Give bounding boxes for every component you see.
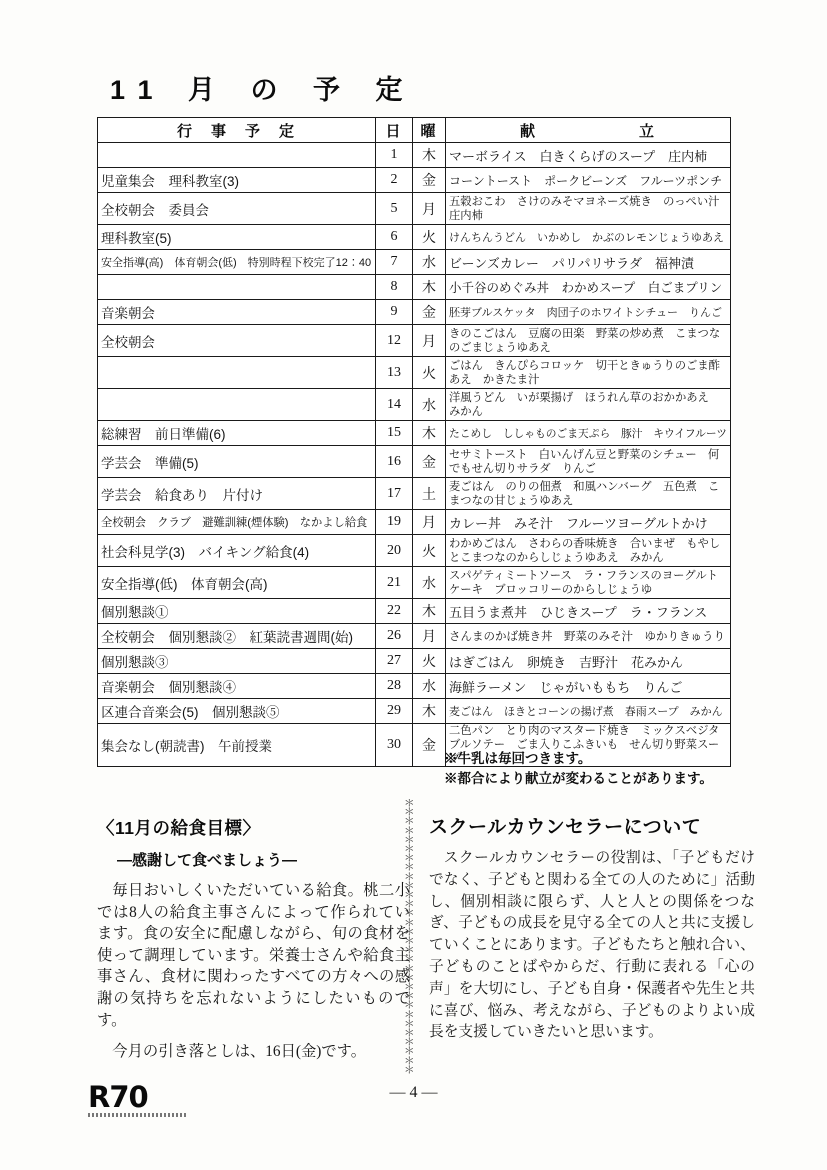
weekday-cell: 木 [413, 599, 446, 624]
event-cell: 児童集会 理科教室(3) [98, 168, 376, 193]
event-cell: 音楽朝会 [98, 300, 376, 325]
menu-cell: 洋風うどん いが栗揚げ ほうれん草のおかかあえ みかん [446, 389, 731, 421]
weekday-cell: 水 [413, 389, 446, 421]
lunch-goal-payment: 今月の引き落としは、16日(金)です。 [97, 1041, 410, 1063]
newsletter-page: 11 月 の 予 定 行 事 予 定 日 曜 献 立 1木マーボライス 白きくら… [0, 0, 827, 1170]
weekday-cell: 水 [413, 250, 446, 275]
weekday-cell: 月 [413, 624, 446, 649]
event-cell: 理科教室(5) [98, 225, 376, 250]
asterisk-divider: ＊＊＊＊＊＊＊＊＊＊＊＊＊＊＊＊＊＊＊＊＊＊＊＊＊＊＊＊＊＊ [404, 799, 418, 1075]
table-row: 音楽朝会 個別懇談④28水海鮮ラーメン じゃがいももち りんご [98, 674, 731, 699]
table-row: 個別懇談③27火はぎごはん 卵焼き 吉野汁 花みかん [98, 649, 731, 674]
menu-cell: スパゲティミートソース ラ・フランスのヨーグルトケーキ ブロッコリーのからしじょ… [446, 567, 731, 599]
menu-cell: 海鮮ラーメン じゃがいももち りんご [446, 674, 731, 699]
day-cell: 20 [376, 535, 413, 567]
counselor-body: スクールカウンセラーの役割は、「子どもだけでなく、子どもと関わる全ての人のために… [429, 848, 755, 1044]
event-cell: 個別懇談③ [98, 649, 376, 674]
event-cell: 集会なし(朝読書) 午前授業 [98, 724, 376, 767]
weekday-cell: 火 [413, 535, 446, 567]
day-cell: 22 [376, 599, 413, 624]
menu-cell: はぎごはん 卵焼き 吉野汁 花みかん [446, 649, 731, 674]
menu-cell: けんちんうどん いかめし かぶのレモンじょうゆあえ [446, 225, 731, 250]
weekday-cell: 月 [413, 193, 446, 225]
event-cell [98, 357, 376, 389]
day-cell: 13 [376, 357, 413, 389]
menu-cell: マーボライス 白きくらげのスープ 庄内柿 [446, 143, 731, 168]
weekday-cell: 金 [413, 446, 446, 478]
day-cell: 9 [376, 300, 413, 325]
weekday-cell: 月 [413, 510, 446, 535]
menu-cell: 小千谷のめぐみ丼 わかめスープ 白ごまプリン [446, 275, 731, 300]
table-row: 総練習 前日準備(6)15木たこめし ししゃものごま天ぷら 豚汁 キウイフルーツ [98, 421, 731, 446]
day-cell: 26 [376, 624, 413, 649]
event-cell: 全校朝会 クラブ 避難訓練(煙体験) なかよし給食 [98, 510, 376, 535]
event-cell: 全校朝会 個別懇談② 紅葉読書週間(始) [98, 624, 376, 649]
weekday-cell: 火 [413, 649, 446, 674]
day-cell: 19 [376, 510, 413, 535]
menu-cell: セサミトースト 白いんげん豆と野菜のシチュー 何でもせん切りサラダ りんご [446, 446, 731, 478]
menu-cell: コーントースト ポークビーンズ フルーツポンチ [446, 168, 731, 193]
day-cell: 8 [376, 275, 413, 300]
table-row: 全校朝会 個別懇談② 紅葉読書週間(始)26月さんまのかば焼き丼 野菜のみそ汁 … [98, 624, 731, 649]
weekday-cell: 火 [413, 357, 446, 389]
table-row: 社会科見学(3) バイキング給食(4)20火わかめごはん さわらの香味焼き 合い… [98, 535, 731, 567]
menu-cell: 五穀おこわ さけのみそマヨネーズ焼き のっぺい汁 庄内柿 [446, 193, 731, 225]
menu-cell: 五目うま煮丼 ひじきスープ ラ・フランス [446, 599, 731, 624]
menu-cell: たこめし ししゃものごま天ぷら 豚汁 キウイフルーツ [446, 421, 731, 446]
event-cell: 音楽朝会 個別懇談④ [98, 674, 376, 699]
event-cell: 学芸会 給食あり 片付け [98, 478, 376, 510]
table-row: 全校朝会 クラブ 避難訓練(煙体験) なかよし給食19月カレー丼 みそ汁 フルー… [98, 510, 731, 535]
menu-cell: 胚芽ブルスケッタ 肉団子のホワイトシチュー りんご [446, 300, 731, 325]
table-row: 音楽朝会9金胚芽ブルスケッタ 肉団子のホワイトシチュー りんご [98, 300, 731, 325]
event-cell [98, 389, 376, 421]
day-cell: 12 [376, 325, 413, 357]
page-title: 11 月 の 予 定 [110, 68, 417, 107]
table-row: 全校朝会12月きのこごはん 豆腐の田楽 野菜の炒め煮 こまつなのごまじょうゆあえ [98, 325, 731, 357]
weekday-cell: 金 [413, 724, 446, 767]
event-cell: 社会科見学(3) バイキング給食(4) [98, 535, 376, 567]
lunch-goal-section: 〈11月の給食目標〉 ―感謝して食べましょう― 毎日おいしくいただいている給食。… [97, 815, 410, 1063]
schedule-table: 行 事 予 定 日 曜 献 立 1木マーボライス 白きくらげのスープ 庄内柿児童… [97, 117, 731, 767]
table-row: 全校朝会 委員会5月五穀おこわ さけのみそマヨネーズ焼き のっぺい汁 庄内柿 [98, 193, 731, 225]
weekday-cell: 水 [413, 567, 446, 599]
day-cell: 5 [376, 193, 413, 225]
table-row: 13火ごはん きんぴらコロッケ 切干ときゅうりのごま酢あえ かきたま汁 [98, 357, 731, 389]
header-day: 日 [376, 118, 413, 143]
header-menu: 献 立 [446, 118, 731, 143]
counselor-section: スクールカウンセラーについて スクールカウンセラーの役割は、「子どもだけでなく、… [429, 812, 755, 1044]
lunch-goal-subheading: ―感謝して食べましょう― [117, 849, 410, 870]
event-cell: 個別懇談① [98, 599, 376, 624]
day-cell: 17 [376, 478, 413, 510]
lunch-goal-body: 毎日おいしくいただいている給食。桃二小では8人の給食主事さんによって作られていま… [97, 880, 410, 1031]
table-row: 理科教室(5)6火けんちんうどん いかめし かぶのレモンじょうゆあえ [98, 225, 731, 250]
day-cell: 14 [376, 389, 413, 421]
menu-cell: 麦ごはん ほきとコーンの揚げ煮 春雨スープ みかん [446, 699, 731, 724]
day-cell: 30 [376, 724, 413, 767]
weekday-cell: 木 [413, 275, 446, 300]
table-row: 個別懇談①22木五目うま煮丼 ひじきスープ ラ・フランス [98, 599, 731, 624]
day-cell: 27 [376, 649, 413, 674]
weekday-cell: 木 [413, 699, 446, 724]
table-header-row: 行 事 予 定 日 曜 献 立 [98, 118, 731, 143]
lunch-goal-heading: 〈11月の給食目標〉 [97, 815, 410, 840]
weekday-cell: 金 [413, 168, 446, 193]
table-row: 1木マーボライス 白きくらげのスープ 庄内柿 [98, 143, 731, 168]
counselor-heading: スクールカウンセラーについて [429, 812, 755, 839]
event-cell [98, 275, 376, 300]
day-cell: 7 [376, 250, 413, 275]
day-cell: 1 [376, 143, 413, 168]
event-cell: 学芸会 準備(5) [98, 446, 376, 478]
day-cell: 29 [376, 699, 413, 724]
header-weekday: 曜 [413, 118, 446, 143]
day-cell: 16 [376, 446, 413, 478]
event-cell [98, 143, 376, 168]
weekday-cell: 水 [413, 674, 446, 699]
table-row: 学芸会 準備(5)16金セサミトースト 白いんげん豆と野菜のシチュー 何でもせん… [98, 446, 731, 478]
menu-cell: きのこごはん 豆腐の田楽 野菜の炒め煮 こまつなのごまじょうゆあえ [446, 325, 731, 357]
weekday-cell: 木 [413, 421, 446, 446]
note-change: ※都合により献立が変わることがあります。 [444, 769, 713, 789]
day-cell: 2 [376, 168, 413, 193]
weekday-cell: 火 [413, 225, 446, 250]
menu-notes: ※牛乳は毎回つきます。 ※都合により献立が変わることがあります。 [444, 749, 713, 789]
weekday-cell: 土 [413, 478, 446, 510]
page-number: ― 4 ― [0, 1084, 827, 1102]
weekday-cell: 木 [413, 143, 446, 168]
table-row: 14水洋風うどん いが栗揚げ ほうれん草のおかかあえ みかん [98, 389, 731, 421]
event-cell: 安全指導(高) 体育朝会(低) 特別時程下校完了12：40 [98, 250, 376, 275]
menu-cell: カレー丼 みそ汁 フルーツヨーグルトかけ [446, 510, 731, 535]
event-cell: 区連合音楽会(5) 個別懇談⑤ [98, 699, 376, 724]
menu-cell: 麦ごはん のりの佃煮 和風ハンバーグ 五色煮 こまつなの甘じょうゆあえ [446, 478, 731, 510]
event-cell: 全校朝会 委員会 [98, 193, 376, 225]
menu-cell: わかめごはん さわらの香味焼き 合いまぜ もやしとこまつなのからしじょうゆあえ … [446, 535, 731, 567]
table-row: 8木小千谷のめぐみ丼 わかめスープ 白ごまプリン [98, 275, 731, 300]
table-row: 区連合音楽会(5) 個別懇談⑤29木麦ごはん ほきとコーンの揚げ煮 春雨スープ … [98, 699, 731, 724]
menu-cell: ごはん きんぴらコロッケ 切干ときゅうりのごま酢あえ かきたま汁 [446, 357, 731, 389]
table-row: 児童集会 理科教室(3)2金コーントースト ポークビーンズ フルーツポンチ [98, 168, 731, 193]
menu-cell: さんまのかば焼き丼 野菜のみそ汁 ゆかりきゅうり [446, 624, 731, 649]
table-row: 安全指導(低) 体育朝会(高)21水スパゲティミートソース ラ・フランスのヨーグ… [98, 567, 731, 599]
day-cell: 6 [376, 225, 413, 250]
note-milk: ※牛乳は毎回つきます。 [444, 749, 713, 769]
event-cell: 安全指導(低) 体育朝会(高) [98, 567, 376, 599]
weekday-cell: 月 [413, 325, 446, 357]
day-cell: 21 [376, 567, 413, 599]
day-cell: 15 [376, 421, 413, 446]
day-cell: 28 [376, 674, 413, 699]
header-event: 行 事 予 定 [98, 118, 376, 143]
menu-cell: ビーンズカレー パリパリサラダ 福神漬 [446, 250, 731, 275]
event-cell: 全校朝会 [98, 325, 376, 357]
weekday-cell: 金 [413, 300, 446, 325]
event-cell: 総練習 前日準備(6) [98, 421, 376, 446]
table-row: 安全指導(高) 体育朝会(低) 特別時程下校完了12：407水ビーンズカレー パ… [98, 250, 731, 275]
table-row: 学芸会 給食あり 片付け17土麦ごはん のりの佃煮 和風ハンバーグ 五色煮 こま… [98, 478, 731, 510]
